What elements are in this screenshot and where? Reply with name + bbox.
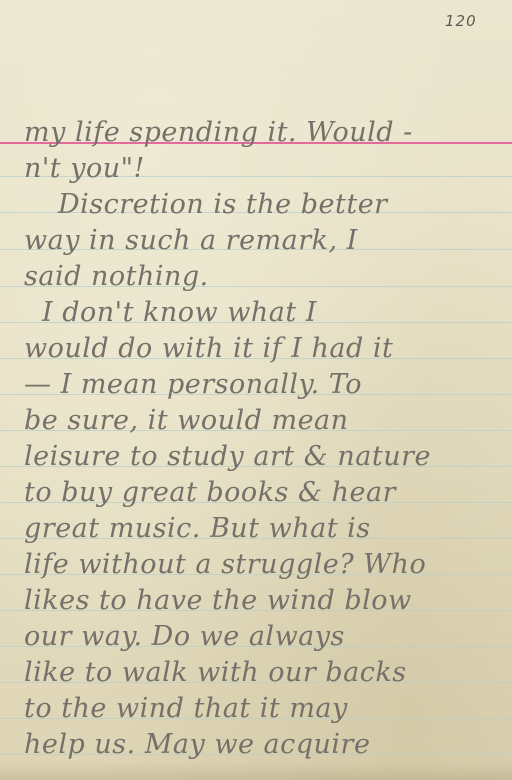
text-line: help us. May we acquire	[24, 728, 504, 762]
text-line: I don't know what I	[42, 296, 504, 330]
text-line: like to walk with our backs	[24, 656, 504, 690]
text-line: Discretion is the better	[58, 188, 504, 222]
text-line: leisure to study art & nature	[24, 440, 504, 474]
text-line: great music. But what is	[24, 512, 504, 546]
text-line: said nothing.	[24, 260, 504, 294]
text-line: to the wind that it may	[24, 692, 504, 726]
text-line: be sure, it would mean	[24, 404, 504, 438]
text-line: our way. Do we always	[24, 620, 504, 654]
text-line: — I mean personally. To	[24, 368, 504, 402]
text-line: life without a struggle? Who	[24, 548, 504, 582]
text-line: my life spending it. Would -	[24, 116, 504, 150]
text-line: way in such a remark, I	[24, 224, 504, 258]
text-line: would do with it if I had it	[24, 332, 504, 366]
notebook-page: 120 my life spending it. Would - n't you…	[0, 0, 512, 780]
text-line: likes to have the wind blow	[24, 584, 504, 618]
text-line: to buy great books & hear	[24, 476, 504, 510]
text-line: n't you"!	[24, 152, 504, 186]
page-bottom-edge	[0, 762, 512, 780]
page-number: 120	[445, 12, 477, 30]
